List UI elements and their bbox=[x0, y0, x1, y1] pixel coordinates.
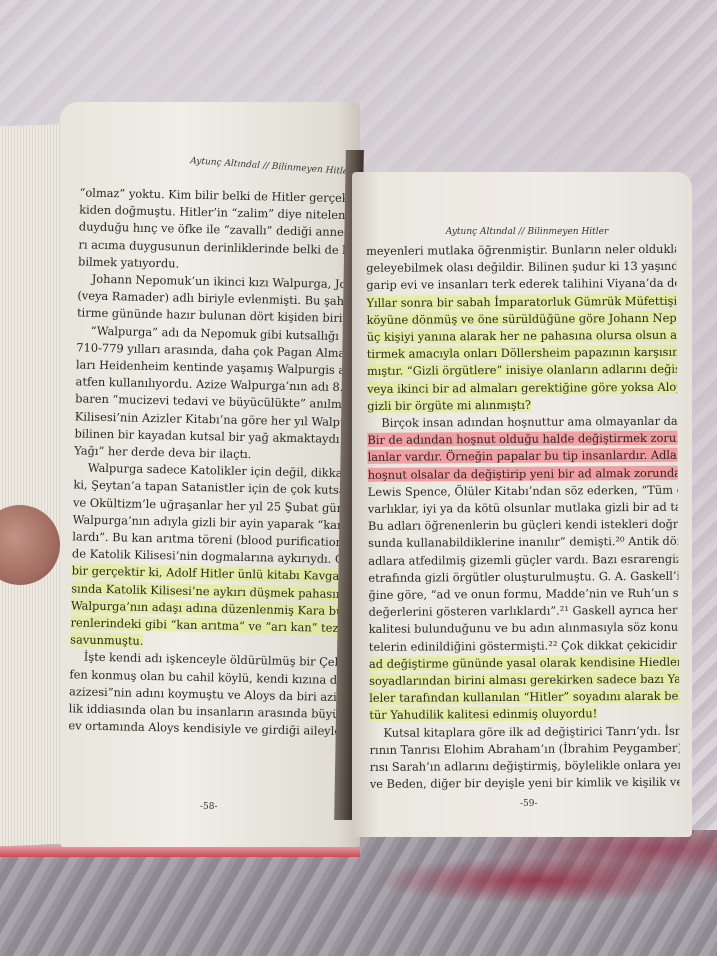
highlighted-text: mıştır. “Gizli örgütlere” inisiye olanla… bbox=[367, 362, 677, 379]
text-line: ve Beden, diğer bir deyişle yeni bir kim… bbox=[370, 774, 680, 793]
text-line: değerlerini gösteren varlıklardı”.²¹ Gas… bbox=[369, 602, 679, 621]
highlighted-text: lanlar vardır. Örneğin papalar bu tip in… bbox=[367, 448, 677, 464]
right-page-body: meyenleri mutlaka öğrenmiştir. Bunların … bbox=[352, 235, 692, 794]
highlighted-text: ad değiştirme gününde yasal olarak kendi… bbox=[369, 654, 679, 671]
highlighted-text: savunmuştu. bbox=[70, 633, 144, 649]
left-page-number: -58- bbox=[200, 802, 218, 812]
line-text: varlıklar, iyi ya da kötü olsunlar mutla… bbox=[368, 500, 678, 516]
highlighted-text: hoşnut olsalar da değiştirip yeni bir ad… bbox=[368, 465, 678, 481]
text-line: Bu adları öğrenenlerin bu güçleri kendi … bbox=[368, 516, 678, 535]
text-line: tirmek amacıyla onları Döllersheim papaz… bbox=[367, 344, 677, 363]
line-text: ve Beden, diğer bir deyişle yeni bir kim… bbox=[370, 775, 680, 791]
left-page-body: “olmaz” yoktu. Kim bilir belki de Hitler… bbox=[60, 172, 360, 741]
line-text: geleyebilmek olası değildir. Bilinen şud… bbox=[366, 259, 676, 276]
text-line: Birçok insan adından hoşnuttur ama olmay… bbox=[367, 413, 677, 432]
line-text: bilmek yatıyordu. bbox=[78, 254, 179, 270]
line-text: rının Tanrısı Elohim Abraham’ın (İbrahim… bbox=[370, 740, 680, 756]
text-line: köyüne dönmüş ve öne sürüldüğüne göre Jo… bbox=[367, 310, 677, 329]
text-line: sunda kullanabildiklerine inanılır” demi… bbox=[368, 533, 678, 552]
highlighted-text: üç kişiyi yanına alarak her ne pahasına … bbox=[367, 327, 677, 344]
highlighted-text: tirmek amacıyla onları Döllersheim papaz… bbox=[367, 345, 677, 362]
highlighted-text: veya ikinci bir ad almaları gerektiğine … bbox=[367, 379, 677, 396]
line-text: Kutsal kitaplara göre ilk ad değiştirici… bbox=[383, 723, 679, 739]
text-line: rısı Sarah’ın adlarını değiştirmiş, böyl… bbox=[370, 757, 680, 776]
line-text: Yağı” her derde deva bir ilaçtı. bbox=[74, 443, 252, 461]
text-line: tür Yahudilik kalitesi edinmiş oluyordu! bbox=[369, 705, 679, 724]
line-text: kalitesi bulunduğunu ve bu adın alınması… bbox=[369, 620, 679, 636]
right-page-number: -59- bbox=[520, 799, 538, 809]
highlighted-text: gizli bir örgüte mi alınmıştı? bbox=[367, 398, 531, 413]
text-line: üç kişiyi yanına alarak her ne pahasına … bbox=[367, 327, 677, 346]
text-line: ad değiştirme gününde yasal olarak kendi… bbox=[369, 654, 679, 673]
line-text: Lewis Spence, Ölüler Kitabı’ndan söz ede… bbox=[368, 482, 678, 499]
line-text: Birçok insan adından hoşnuttur ama olmay… bbox=[381, 413, 677, 429]
text-line: Kutsal kitaplara göre ilk ad değiştirici… bbox=[369, 722, 679, 741]
text-line: Lewis Spence, Ölüler Kitabı’ndan söz ede… bbox=[368, 482, 678, 501]
text-line: Bir de adından hoşnut olduğu halde değiş… bbox=[367, 430, 677, 449]
text-line: adlara atfedilmiş gizemli güçler vardı. … bbox=[368, 550, 678, 569]
line-text: adlara atfedilmiş gizemli güçler vardı. … bbox=[368, 551, 678, 568]
text-line: etrafında gizli örgütler oluşturulmuştu.… bbox=[368, 568, 678, 587]
text-line: mıştır. “Gizli örgütlere” inisiye olanla… bbox=[367, 361, 677, 380]
line-text: ev ortamında Aloys kendisiyle ve girdiği… bbox=[68, 719, 344, 741]
text-line: lanlar vardır. Örneğin papalar bu tip in… bbox=[367, 447, 677, 466]
text-line: ğine göre, “ad ve onun formu, Madde’nin … bbox=[368, 585, 678, 604]
left-page: Aytunç Altındal // Bilinmeyen Hitler “ol… bbox=[60, 102, 360, 847]
text-line: varlıklar, iyi ya da kötü olsunlar mutla… bbox=[368, 499, 678, 518]
text-line: meyenleri mutlaka öğrenmiştir. Bunların … bbox=[366, 241, 676, 260]
line-text: rısı Sarah’ın adlarını değiştirmiş, böyl… bbox=[370, 757, 680, 774]
line-text: Bu adları öğrenenlerin bu güçleri kendi … bbox=[368, 517, 678, 533]
highlighted-text: Yıllar sonra bir sabah İmparatorluk Gümr… bbox=[366, 293, 676, 309]
line-text: değerlerini gösteren varlıklardı”.²¹ Gas… bbox=[369, 603, 679, 619]
highlighted-text: soyadlarından birini alması gerekirken s… bbox=[369, 671, 679, 687]
text-line: veya ikinci bir ad almaları gerektiğine … bbox=[367, 378, 677, 397]
line-text: telerin edinildiğini göstermişti.²² Çok … bbox=[369, 637, 679, 653]
highlighted-text: tür Yahudilik kalitesi edinmiş oluyordu! bbox=[369, 707, 597, 723]
text-line: leler tarafından kullanılan “Hitler” soy… bbox=[369, 688, 679, 707]
text-line: Yıllar sonra bir sabah İmparatorluk Gümr… bbox=[366, 292, 676, 311]
text-line: rının Tanrısı Elohim Abraham’ın (İbrahim… bbox=[370, 740, 680, 759]
line-text: sunda kullanabildiklerine inanılır” demi… bbox=[368, 534, 678, 550]
highlighted-text: köyüne dönmüş ve öne sürüldüğüne göre Jo… bbox=[367, 310, 677, 327]
text-line: kalitesi bulunduğunu ve bu adın alınması… bbox=[369, 619, 679, 638]
line-text: etrafında gizli örgütler oluşturulmuştu.… bbox=[368, 568, 678, 584]
highlighted-text: leler tarafından kullanılan “Hitler” soy… bbox=[369, 689, 679, 706]
highlighted-text: Bir de adından hoşnut olduğu halde değiş… bbox=[367, 431, 677, 447]
text-line: soyadlarından birini alması gerekirken s… bbox=[369, 671, 679, 690]
right-page: Aytunç Altındal // Bilinmeyen Hitler mey… bbox=[352, 172, 692, 837]
line-text: ğine göre, “ad ve onun formu, Madde’nin … bbox=[368, 585, 678, 601]
text-line: gizli bir örgüte mi alınmıştı? bbox=[367, 396, 677, 415]
line-text: garip evi ve insanları terk ederek talih… bbox=[366, 276, 676, 293]
text-line: telerin edinildiğini göstermişti.²² Çok … bbox=[369, 636, 679, 655]
text-line: hoşnut olsalar da değiştirip yeni bir ad… bbox=[368, 464, 678, 483]
line-text: meyenleri mutlaka öğrenmiştir. Bunların … bbox=[366, 241, 676, 258]
text-line: garip evi ve insanları terk ederek talih… bbox=[366, 275, 676, 294]
text-line: geleyebilmek olası değildir. Bilinen şud… bbox=[366, 258, 676, 277]
